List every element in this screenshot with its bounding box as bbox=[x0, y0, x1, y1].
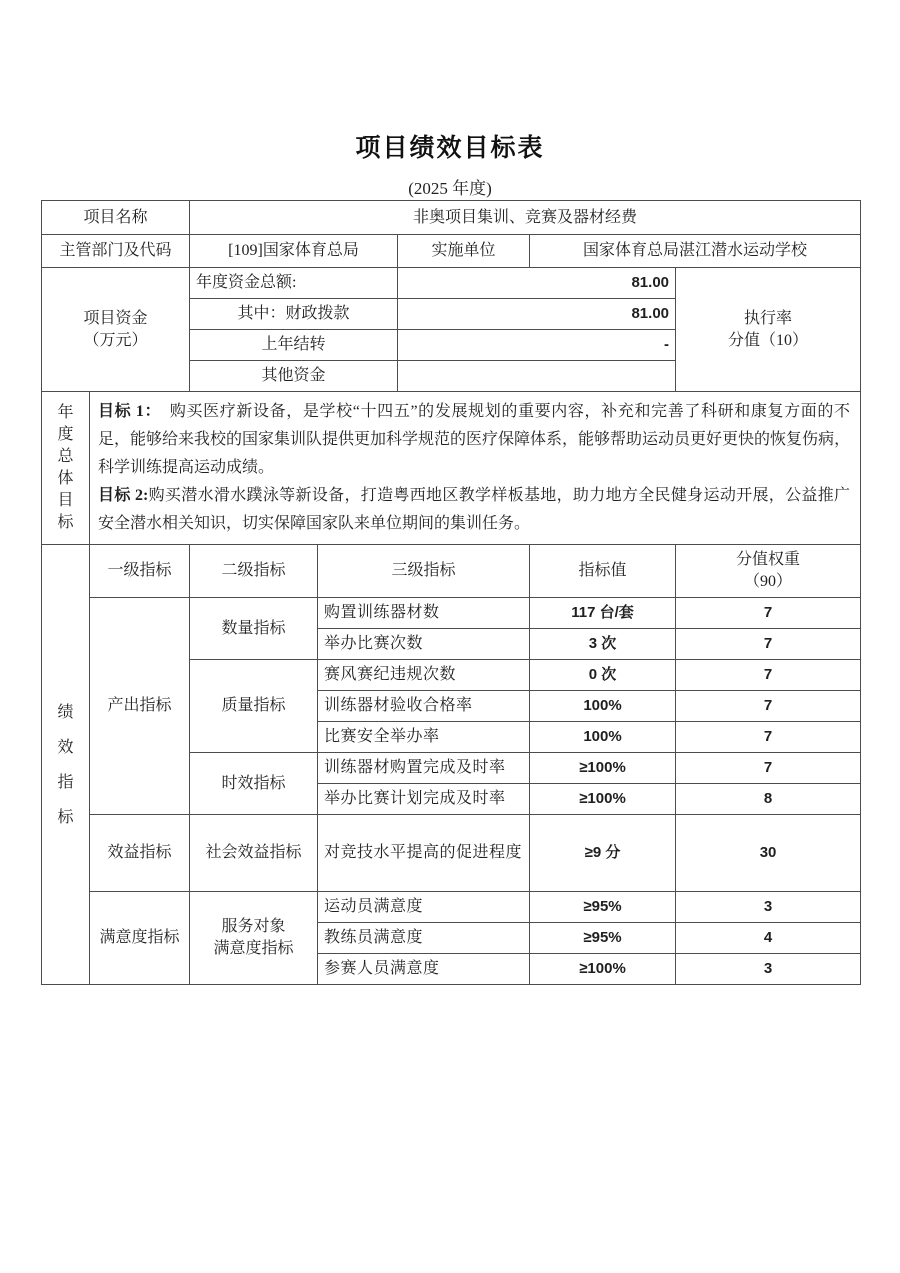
level1-indicator-cell: 产出指标 bbox=[90, 598, 190, 815]
funds-total-value: 81.00 bbox=[398, 268, 676, 299]
indicator-row: 产出指标数量指标购置训练器材数117 台/套7 bbox=[42, 598, 861, 629]
department-value: [109]国家体育总局 bbox=[190, 235, 398, 268]
indicator-value-cell: 3 次 bbox=[530, 629, 676, 660]
header-level3: 三级指标 bbox=[318, 545, 530, 598]
page-subtitle: (2025 年度) bbox=[0, 174, 900, 199]
indicator-value-cell: ≥100% bbox=[530, 753, 676, 784]
header-level1: 一级指标 bbox=[90, 545, 190, 598]
level3-indicator-cell: 购置训练器材数 bbox=[318, 598, 530, 629]
project-funds-label: 项目资金 （万元） bbox=[42, 268, 190, 392]
indicator-row: 效益指标社会效益指标对竞技水平提高的促进程度≥9 分30 bbox=[42, 815, 861, 892]
level3-indicator-cell: 比赛安全举办率 bbox=[318, 722, 530, 753]
indicator-value-cell: ≥100% bbox=[530, 954, 676, 985]
implementing-unit-value: 国家体育总局湛江潜水运动学校 bbox=[530, 235, 861, 268]
funds-carryover-label: 上年结转 bbox=[190, 330, 398, 361]
indicator-weight-cell: 3 bbox=[676, 892, 861, 923]
indicator-weight-cell: 7 bbox=[676, 691, 861, 722]
project-name-label: 项目名称 bbox=[42, 201, 190, 235]
funds-carryover-value: - bbox=[398, 330, 676, 361]
goal-2: 目标 2:购买潜水滑水蹼泳等新设备，打造粤西地区教学样板基地，助力地方全民健身运… bbox=[98, 482, 850, 538]
indicator-weight-cell: 8 bbox=[676, 784, 861, 815]
goal-2-prefix: 目标 2: bbox=[98, 487, 148, 504]
level3-indicator-cell: 训练器材购置完成及时率 bbox=[318, 753, 530, 784]
project-name-row: 项目名称 非奥项目集训、竞赛及器材经费 bbox=[42, 201, 861, 235]
funds-other-label: 其他资金 bbox=[190, 361, 398, 392]
level3-indicator-cell: 赛风赛纪违规次数 bbox=[318, 660, 530, 691]
level3-indicator-cell: 举办比赛次数 bbox=[318, 629, 530, 660]
indicator-value-cell: ≥100% bbox=[530, 784, 676, 815]
indicator-weight-cell: 4 bbox=[676, 923, 861, 954]
level3-indicator-cell: 对竞技水平提高的促进程度 bbox=[318, 815, 530, 892]
indicator-weight-cell: 7 bbox=[676, 629, 861, 660]
goal-1: 目标 1： 购买医疗新设备，是学校“十四五”的发展规划的重要内容，补充和完善了科… bbox=[98, 398, 850, 482]
level1-indicator-cell: 满意度指标 bbox=[90, 892, 190, 985]
level2-indicator-cell: 社会效益指标 bbox=[190, 815, 318, 892]
funds-fiscal-label: 其中：财政拨款 bbox=[190, 299, 398, 330]
indicator-weight-cell: 7 bbox=[676, 598, 861, 629]
indicators-header-row: 绩效指标 一级指标 二级指标 三级指标 指标值 分值权重 （90） bbox=[42, 545, 861, 598]
indicator-weight-cell: 7 bbox=[676, 722, 861, 753]
level3-indicator-cell: 教练员满意度 bbox=[318, 923, 530, 954]
project-name-value: 非奥项目集训、竞赛及器材经费 bbox=[190, 201, 861, 235]
indicator-weight-cell: 30 bbox=[676, 815, 861, 892]
annual-goals-label: 年度总体目标 bbox=[57, 402, 75, 534]
level1-indicator-cell: 效益指标 bbox=[90, 815, 190, 892]
page-title: 项目绩效目标表 bbox=[0, 128, 900, 164]
execution-rate-score-label: 执行率 分值（10） bbox=[676, 268, 861, 392]
header-level2: 二级指标 bbox=[190, 545, 318, 598]
funds-total-label: 年度资金总额: bbox=[190, 268, 398, 299]
indicator-value-cell: ≥95% bbox=[530, 892, 676, 923]
goal-1-text: 购买医疗新设备，是学校“十四五”的发展规划的重要内容，补充和完善了科研和康复方面… bbox=[98, 403, 850, 476]
department-label: 主管部门及代码 bbox=[42, 235, 190, 268]
department-row: 主管部门及代码 [109]国家体育总局 实施单位 国家体育总局湛江潜水运动学校 bbox=[42, 235, 861, 268]
indicator-value-cell: 117 台/套 bbox=[530, 598, 676, 629]
level3-indicator-cell: 参赛人员满意度 bbox=[318, 954, 530, 985]
level3-indicator-cell: 举办比赛计划完成及时率 bbox=[318, 784, 530, 815]
indicator-weight-cell: 3 bbox=[676, 954, 861, 985]
header-weight: 分值权重 （90） bbox=[676, 545, 861, 598]
implementing-unit-label: 实施单位 bbox=[398, 235, 530, 268]
funds-other-value bbox=[398, 361, 676, 392]
indicator-weight-cell: 7 bbox=[676, 660, 861, 691]
level2-indicator-cell: 数量指标 bbox=[190, 598, 318, 660]
performance-indicators-label: 绩效指标 bbox=[57, 695, 75, 835]
indicator-value-cell: ≥95% bbox=[530, 923, 676, 954]
level3-indicator-cell: 训练器材验收合格率 bbox=[318, 691, 530, 722]
funds-total-row: 项目资金 （万元） 年度资金总额: 81.00 执行率 分值（10） bbox=[42, 268, 861, 299]
goal-2-text: 购买潜水滑水蹼泳等新设备，打造粤西地区教学样板基地，助力地方全民健身运动开展，公… bbox=[98, 487, 850, 532]
funds-fiscal-value: 81.00 bbox=[398, 299, 676, 330]
indicator-row: 满意度指标服务对象 满意度指标运动员满意度≥95%3 bbox=[42, 892, 861, 923]
performance-indicators-label-cell: 绩效指标 bbox=[42, 545, 90, 985]
indicator-value-cell: 100% bbox=[530, 691, 676, 722]
indicator-value-cell: 100% bbox=[530, 722, 676, 753]
document-page: 项目绩效目标表 (2025 年度) 项目名称 非奥项目集训、竞赛及器材经费 主管… bbox=[0, 0, 900, 1273]
level3-indicator-cell: 运动员满意度 bbox=[318, 892, 530, 923]
indicator-weight-cell: 7 bbox=[676, 753, 861, 784]
indicator-value-cell: 0 次 bbox=[530, 660, 676, 691]
indicator-value-cell: ≥9 分 bbox=[530, 815, 676, 892]
level2-indicator-cell: 服务对象 满意度指标 bbox=[190, 892, 318, 985]
annual-goals-row: 年度总体目标 目标 1： 购买医疗新设备，是学校“十四五”的发展规划的重要内容，… bbox=[42, 392, 861, 545]
level2-indicator-cell: 质量指标 bbox=[190, 660, 318, 753]
performance-target-table: 项目名称 非奥项目集训、竞赛及器材经费 主管部门及代码 [109]国家体育总局 … bbox=[41, 200, 861, 985]
header-value: 指标值 bbox=[530, 545, 676, 598]
level2-indicator-cell: 时效指标 bbox=[190, 753, 318, 815]
annual-goals-content: 目标 1： 购买医疗新设备，是学校“十四五”的发展规划的重要内容，补充和完善了科… bbox=[90, 392, 861, 545]
goal-1-prefix: 目标 1： bbox=[98, 403, 153, 420]
annual-goals-label-cell: 年度总体目标 bbox=[42, 392, 90, 545]
